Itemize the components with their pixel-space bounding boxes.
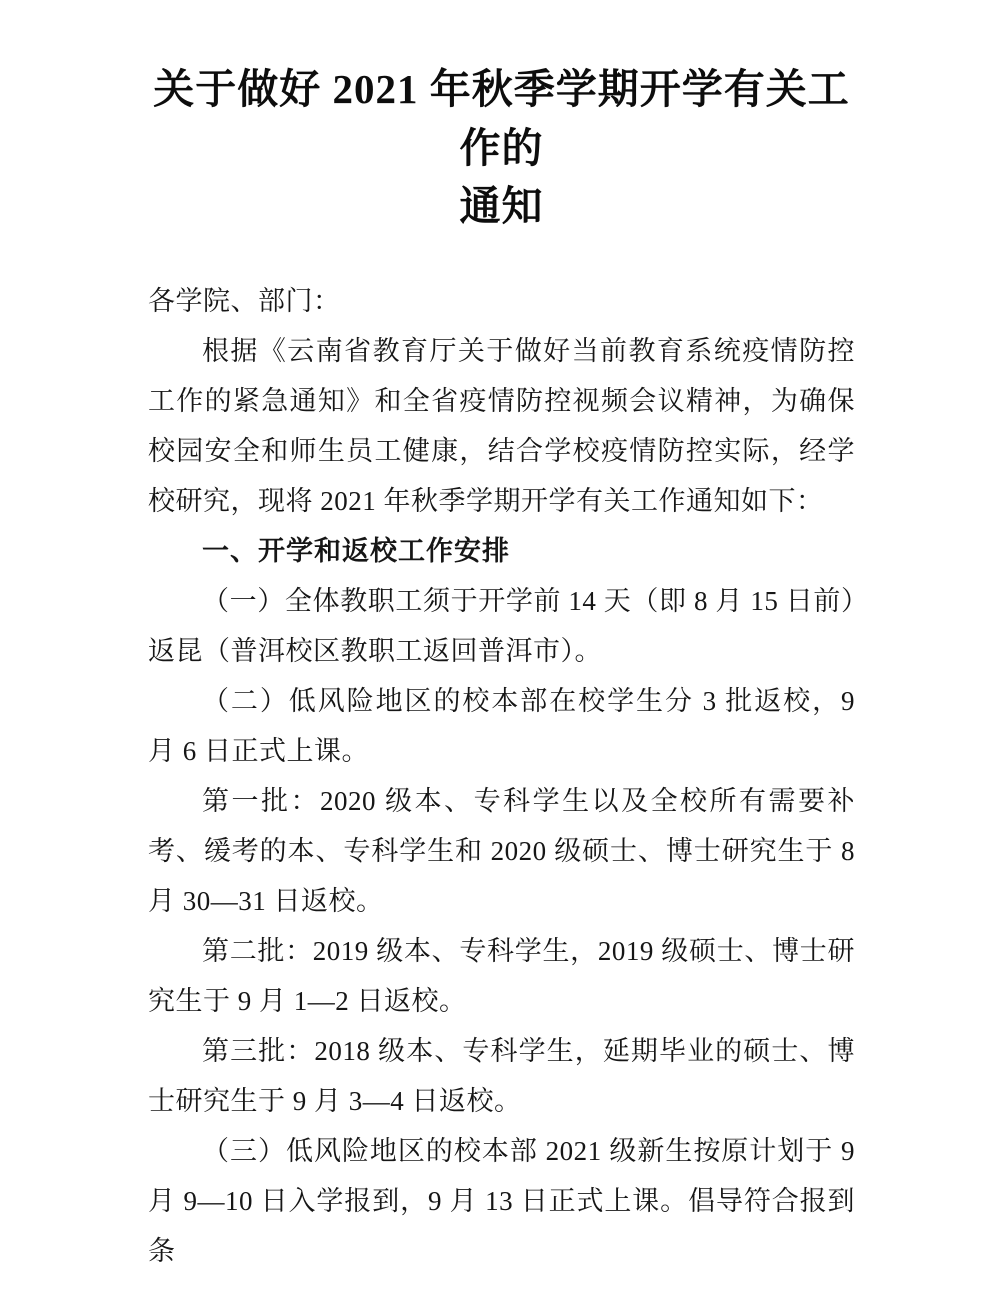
document-title: 关于做好 2021 年秋季学期开学有关工作的 通知 <box>148 60 855 236</box>
document-page: 关于做好 2021 年秋季学期开学有关工作的 通知 各学院、部门： 根据《云南省… <box>0 0 990 1304</box>
batch-2-paragraph: 第二批：2019 级本、专科学生，2019 级硕士、博士研究生于 9 月 1—2… <box>148 926 855 1026</box>
salutation: 各学院、部门： <box>148 276 855 326</box>
batch-3-paragraph: 第三批：2018 级本、专科学生，延期毕业的硕士、博士研究生于 9 月 3—4 … <box>148 1026 855 1126</box>
title-line-1: 关于做好 2021 年秋季学期开学有关工作的 <box>148 60 855 177</box>
document-body: 各学院、部门： 根据《云南省教育厅关于做好当前教育系统疫情防控工作的紧急通知》和… <box>148 276 855 1276</box>
item-3-freshmen-registration: （三）低风险地区的校本部 2021 级新生按原计划于 9 月 9—10 日入学报… <box>148 1126 855 1276</box>
item-1-staff-return: （一）全体教职工须于开学前 14 天（即 8 月 15 日前）返昆（普洱校区教职… <box>148 576 855 676</box>
section-heading-work-arrangement: 一、开学和返校工作安排 <box>148 526 855 576</box>
intro-paragraph: 根据《云南省教育厅关于做好当前教育系统疫情防控工作的紧急通知》和全省疫情防控视频… <box>148 326 855 526</box>
item-2-student-batches: （二）低风险地区的校本部在校学生分 3 批返校，9 月 6 日正式上课。 <box>148 676 855 776</box>
title-line-2: 通知 <box>148 177 855 236</box>
batch-1-paragraph: 第一批：2020 级本、专科学生以及全校所有需要补考、缓考的本、专科学生和 20… <box>148 776 855 926</box>
